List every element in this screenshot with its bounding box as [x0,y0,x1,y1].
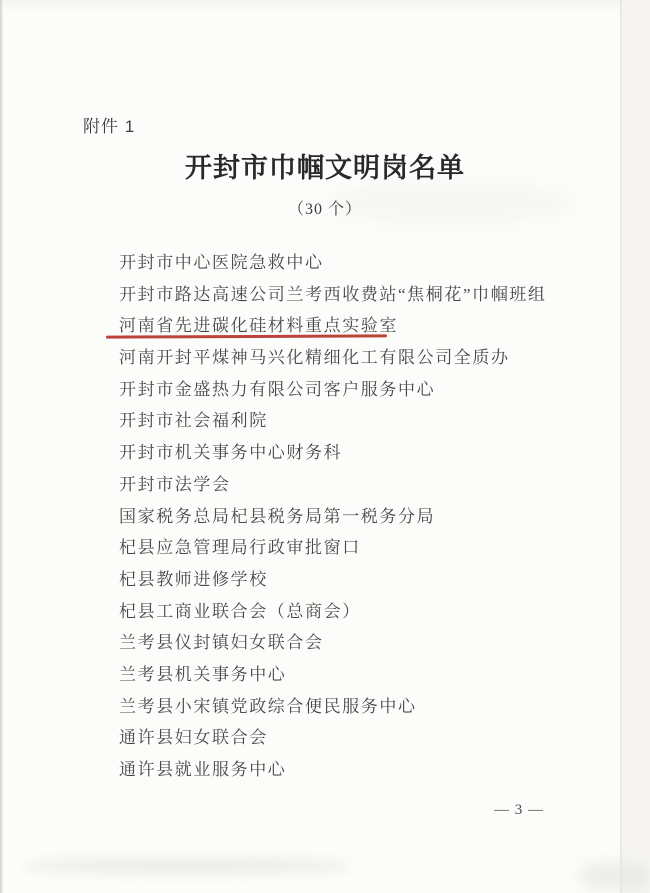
list-item: 国家税务总局杞县税务局第一税务分局 [119,501,619,533]
list-item: 开封市社会福利院 [119,405,619,437]
page-title: 开封市巾帼文明岗名单 [0,146,650,185]
list-item: 兰考县小宋镇党政综合便民服务中心 [119,691,619,723]
red-underline-annotation [106,335,387,339]
list-item: 河南开封平煤神马兴化精细化工有限公司全质办 [119,342,619,374]
list-item: 通许县妇女联合会 [119,722,619,754]
scan-shade-top [0,0,650,12]
list-item: 杞县应急管理局行政审批窗口 [119,532,619,564]
attachment-label: 附件 1 [83,112,135,137]
list-item: 开封市中心医院急救中心 [119,247,619,279]
list-item: 开封市金盛热力有限公司客户服务中心 [119,374,619,406]
count-note: （30 个） [0,196,650,219]
scan-strip-right [622,0,650,893]
scan-smudge-bottom-left [22,858,352,874]
list-item: 开封市路达高速公司兰考西收费站“焦桐花”巾帼班组 [119,279,619,311]
list-item-underlined: 河南省先进碳化硅材料重点实验室 [119,310,619,342]
list-item: 兰考县机关事务中心 [119,659,619,691]
list-item-text: 河南省先进碳化硅材料重点实验室 [119,316,398,335]
scanned-document-page: 附件 1 开封市巾帼文明岗名单 （30 个） 开封市中心医院急救中心 开封市路达… [0,0,650,893]
list-item: 兰考县仪封镇妇女联合会 [119,627,619,659]
organization-list: 开封市中心医院急救中心 开封市路达高速公司兰考西收费站“焦桐花”巾帼班组 河南省… [119,247,619,786]
list-item: 开封市机关事务中心财务科 [119,437,619,469]
scan-edge-right [620,0,622,893]
page-number: — 3 — [494,802,544,819]
scan-smudge-bottom-right [580,862,650,890]
list-item: 开封市法学会 [119,469,619,501]
list-item: 杞县工商业联合会（总商会） [119,596,619,628]
list-item: 通许县就业服务中心 [119,754,619,786]
scan-edge-left [0,0,4,893]
list-item: 杞县教师进修学校 [119,564,619,596]
